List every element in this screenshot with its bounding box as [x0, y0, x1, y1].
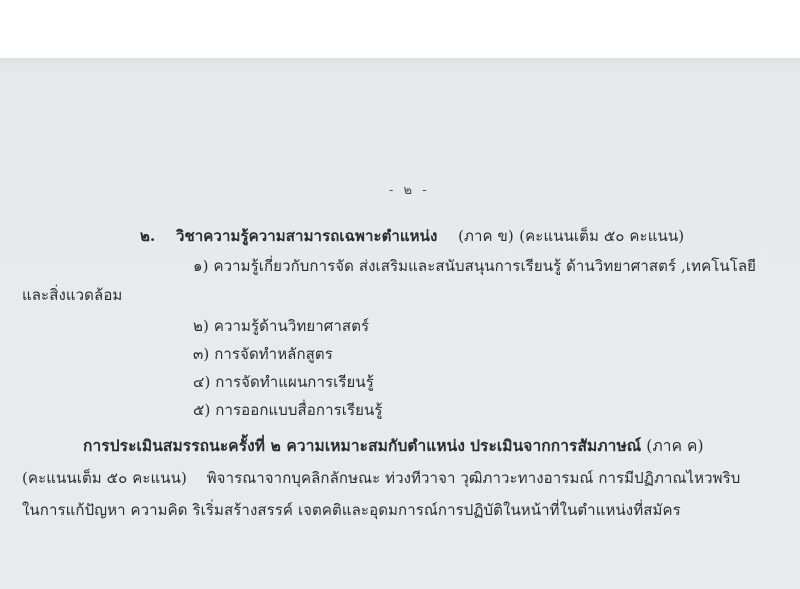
assessment-criteria-1: พิจารณาจากบุคลิกลักษณะ ท่วงทีวาจา วุฒิภา… — [207, 469, 741, 487]
assessment-paragraph-line-2: (คะแนนเต็ม ๕๐ คะแนน) พิจารณาจากบุคลิกลัก… — [22, 468, 740, 488]
assessment-title: การประเมินสมรรถนะครั้งที่ ๒ ความเหมาะสมก… — [83, 436, 465, 455]
list-item: ๔) การจัดทำแผนการเรียนรู้ — [193, 372, 374, 392]
list-item-text: การออกแบบสื่อการเรียนรู้ — [215, 401, 382, 419]
list-item: ๕) การออกแบบสื่อการเรียนรู้ — [193, 400, 383, 420]
list-item: ๓) การจัดทำหลักสูตร — [193, 344, 333, 364]
list-item-text: การจัดทำหลักสูตร — [214, 345, 333, 363]
list-item-continuation: และสิ่งแวดล้อม — [22, 285, 122, 305]
section-number: ๒. — [140, 227, 155, 245]
section-score: (คะแนนเต็ม ๕๐ คะแนน) — [519, 227, 684, 245]
list-item: ๑) ความรู้เกี่ยวกับการจัด ส่งเสริมและสนั… — [193, 256, 756, 276]
assessment-paragraph-line-1: การประเมินสมรรถนะครั้งที่ ๒ ความเหมาะสมก… — [83, 436, 704, 456]
section-title: วิชาความรู้ความสามารถเฉพาะตำแหน่ง — [176, 227, 437, 245]
list-item-label: ๔) — [193, 373, 210, 391]
list-item-label: ๕) — [193, 401, 210, 419]
assessment-paragraph-line-3: ในการแก้ปัญหา ความคิด ริเริ่มสร้างสรรค์ … — [22, 500, 681, 520]
top-white-margin — [0, 0, 800, 58]
list-item-text: ความรู้ด้านวิทยาศาสตร์ — [214, 317, 369, 335]
list-item-label: ๓) — [193, 345, 209, 363]
section-part: (ภาค ข) — [458, 227, 514, 245]
list-item: ๒) ความรู้ด้านวิทยาศาสตร์ — [193, 316, 369, 336]
assessment-method: ประเมินจากการสัมภาษณ์ — [470, 436, 641, 455]
list-item-text: ความรู้เกี่ยวกับการจัด ส่งเสริมและสนับสน… — [213, 257, 756, 275]
assessment-score: (คะแนนเต็ม ๕๐ คะแนน) — [22, 469, 187, 487]
list-item-text: การจัดทำแผนการเรียนรู้ — [215, 373, 374, 391]
assessment-part: (ภาค ค) — [646, 437, 703, 455]
list-item-label: ๒) — [193, 317, 209, 335]
list-item-label: ๑) — [193, 257, 209, 275]
page-number: - ๒ - — [389, 179, 430, 200]
scanned-document-page: - ๒ - ๒. วิชาความรู้ความสามารถเฉพาะตำแหน… — [0, 58, 800, 589]
section-heading: ๒. วิชาความรู้ความสามารถเฉพาะตำแหน่ง (ภา… — [140, 226, 684, 246]
